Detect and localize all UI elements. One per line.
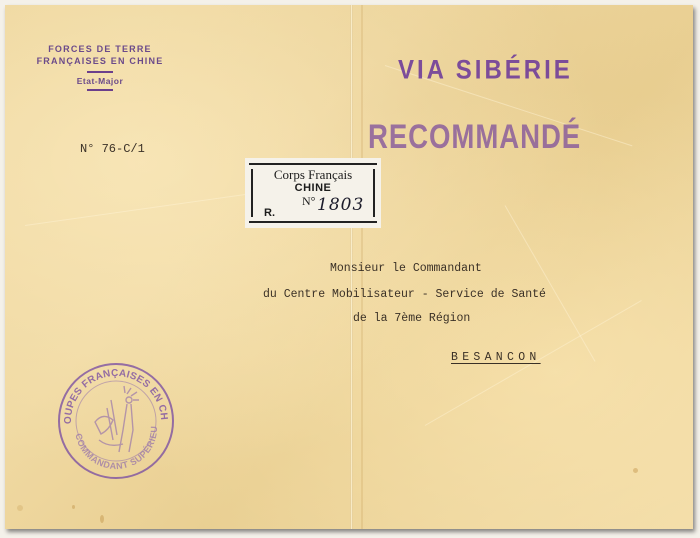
label-number: 1803: [317, 195, 364, 215]
label-corps: Corps Français: [245, 167, 381, 183]
svg-text:TROUPES FRANÇAISES EN CHINE: TROUPES FRANÇAISES EN CHINE: [55, 360, 169, 424]
address-line-3: de la 7ème Région: [353, 312, 470, 325]
label-chine: CHINE: [245, 182, 381, 194]
sender-header: FORCES DE TERRE FRANÇAISES EN CHINE Etat…: [15, 43, 185, 91]
stain: [633, 468, 638, 473]
recommande-stamp: RECOMMANDÉ: [368, 118, 581, 157]
official-seal: TROUPES FRANÇAISES EN CHINE LE COMMANDAN…: [55, 360, 177, 482]
via-siberie-stamp: VIA SIBÉRIE: [398, 56, 573, 87]
envelope: FORCES DE TERRE FRANÇAISES EN CHINE Etat…: [5, 5, 693, 529]
stain: [100, 515, 104, 523]
address-city: BESANCON: [451, 351, 541, 364]
address-line-2: du Centre Mobilisateur - Service de Sant…: [263, 288, 546, 301]
label-number-prefix: N°: [302, 194, 315, 209]
stain: [72, 505, 75, 509]
reference-number: N° 76-C/1: [80, 142, 145, 156]
statue-of-liberty-figure-icon: TROUPES FRANÇAISES EN CHINE LE COMMANDAN…: [55, 360, 177, 482]
address-line-1: Monsieur le Commandant: [330, 262, 482, 275]
header-line-1: FORCES DE TERRE: [15, 43, 185, 55]
crease: [505, 205, 596, 361]
header-rule: [87, 89, 113, 91]
registration-label: Corps Français CHINE N° 1803 R.: [245, 158, 381, 228]
header-rule: [87, 71, 113, 73]
label-r-mark: R.: [264, 207, 275, 219]
header-line-3: Etat-Major: [15, 75, 185, 87]
header-line-2: FRANÇAISES EN CHINE: [15, 55, 185, 67]
stain: [17, 505, 23, 511]
